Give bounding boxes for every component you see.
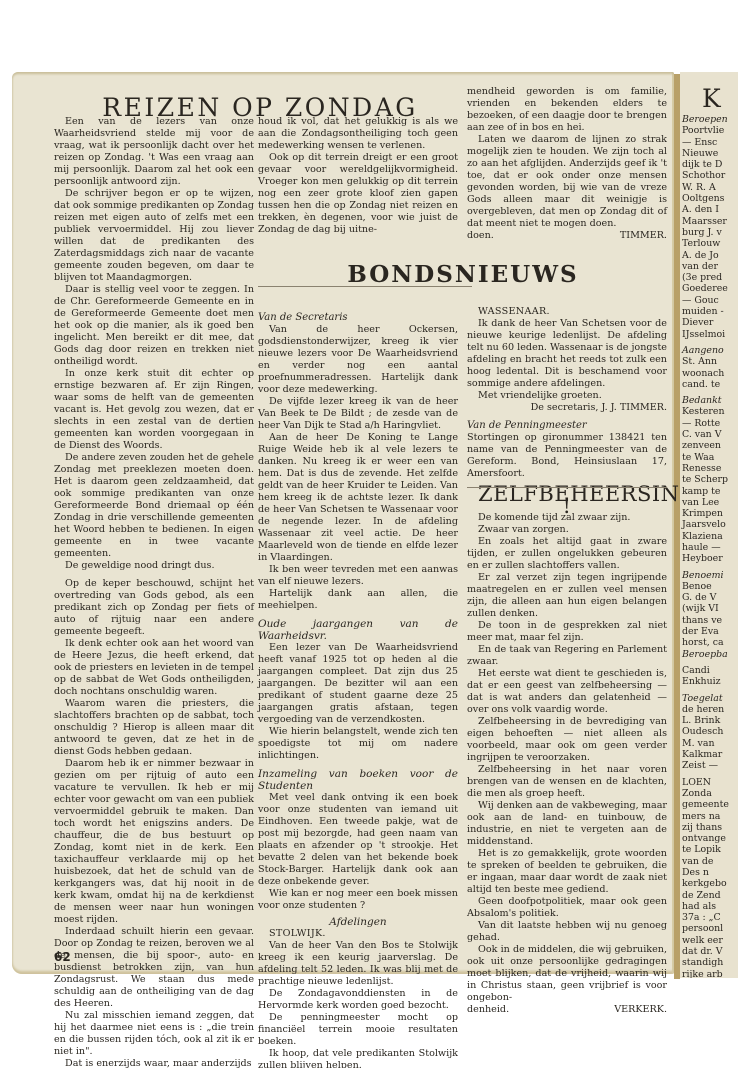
text-line: mers na — [682, 811, 738, 822]
text-line: de Zend — [682, 890, 738, 901]
section-title-bondsnieuws: BONDSNIEUWS — [258, 261, 668, 288]
text-line: IJsselmoi — [682, 329, 738, 340]
text-line: horst, ca — [682, 637, 738, 648]
paragraph: De vijfde lezer kreeg ik van de heer Van… — [258, 396, 458, 432]
text-line: ontvange — [682, 833, 738, 844]
paragraph: Ook op dit terrein dreigt er een groot g… — [258, 152, 458, 236]
secretary-signature: De secretaris, J. J. TIMMER. — [467, 402, 667, 414]
paragraph: En zoals het altijd gaat in zware tijden… — [467, 536, 667, 572]
text-line: Des n — [682, 867, 738, 878]
text-line: Maarsser — [682, 216, 738, 227]
paragraph: Met veel dank ontving ik een boek voor o… — [258, 792, 458, 888]
text-line: kamp te — [682, 486, 738, 497]
article-signature-line: doen. TIMMER. — [467, 230, 667, 242]
subhead-afdelingen: Afdelingen — [258, 916, 458, 928]
text-line: thans ve — [682, 615, 738, 626]
paragraph: De Zondagavonddiensten in de Hervormde k… — [258, 988, 458, 1012]
text-line: burg J. v — [682, 227, 738, 238]
section-divider — [467, 487, 667, 488]
penningmeester-text: Stortingen op gironummer 138421 ten name… — [467, 432, 667, 480]
text-line: (wijk VI — [682, 603, 738, 614]
text-line: Beroepba — [682, 649, 738, 660]
subhead-secretaris: Van de Secretaris — [258, 312, 458, 324]
subhead-oude-jaargangen: Oude jaargangen van de Waarheidsvr. — [258, 618, 458, 642]
text-line: cand. te — [682, 379, 738, 390]
text-line: persoonl — [682, 923, 738, 934]
text-line: Kesteren — [682, 406, 738, 417]
text-line: L. Brink — [682, 715, 738, 726]
article-signature: TIMMER. — [620, 230, 667, 242]
paragraph: Wij denken aan de vakbeweging, maar ook … — [467, 800, 667, 848]
paragraph: Laten we daarom de lijnen zo strak mogel… — [467, 134, 667, 230]
paragraph: Geen doofpotpolitiek, maar ook geen Absa… — [467, 896, 667, 920]
paragraph: En de taak van Regering en Parlement zwa… — [467, 644, 667, 668]
text-line: te Scherp — [682, 474, 738, 485]
text-line: St. Ann — [682, 356, 738, 367]
text-line: Jaarsvelo — [682, 519, 738, 530]
paragraph: Zelfbeheersing in de bevrediging van eig… — [467, 716, 667, 764]
text-line: W. R. A — [682, 182, 738, 193]
text-line: van der — [682, 261, 738, 272]
right-page-fragment: K BeroepenPoortvlie— EnscNieuwedijk te D… — [680, 72, 738, 978]
text-line: Benoemi — [682, 570, 738, 581]
paragraph: Ik denk echter ook aan het woord van de … — [54, 638, 254, 698]
heading-stolwijk: STOLWIJK. — [258, 928, 458, 940]
text-line: Beroepen — [682, 114, 738, 125]
text-line: der Eva — [682, 626, 738, 637]
text-line: Goederee — [682, 283, 738, 294]
text-line: Toegelat — [682, 693, 738, 704]
paragraph: Aan de heer De Koning te Lange Ruige Wei… — [258, 432, 458, 564]
text-line: (3e pred — [682, 272, 738, 283]
text-line: Oudesch — [682, 726, 738, 737]
text-line: Nieuwe — [682, 148, 738, 159]
bondsnieuws-column-right: WASSENAAR. Ik dank de heer Van Schetsen … — [467, 306, 667, 1016]
subhead-inzameling: Inzameling van boeken voor de Studenten — [258, 768, 458, 792]
paragraph: Met vriendelijke groeten. — [467, 390, 667, 402]
paragraph: De andere zeven zouden het de gehele Zon… — [54, 452, 254, 560]
paragraph: Daar is stellig veel voor te zeggen. In … — [54, 284, 254, 368]
text-line: Zonda — [682, 788, 738, 799]
text-line: M. van — [682, 738, 738, 749]
text-line: C. van V — [682, 429, 738, 440]
next-page-title-fragment: K — [682, 84, 738, 114]
paragraph: Nu zal misschien iemand zeggen, dat hij … — [54, 1010, 254, 1058]
text-line: Poortvlie — [682, 125, 738, 136]
paragraph: Het eerste wat dient te geschieden is, d… — [467, 668, 667, 716]
text-line: dat dr. V — [682, 946, 738, 957]
text-line: te Waa — [682, 452, 738, 463]
paragraph: Van dit laatste hebben wij nu genoeg geh… — [467, 920, 667, 944]
section-divider — [258, 286, 472, 287]
paragraph: Hartelijk dank aan allen, die meehielpen… — [258, 588, 458, 612]
text-line: standigh — [682, 957, 738, 968]
article-column-2: houd ik vol, dat het gelukkig is als we … — [258, 116, 458, 236]
heading-wassenaar: WASSENAAR. — [467, 306, 667, 318]
text-line: gemeente — [682, 799, 738, 810]
text-line: Kalkmar — [682, 749, 738, 760]
text-line: zij thans — [682, 822, 738, 833]
text-line: had als — [682, 901, 738, 912]
paragraph: Het is zo gemakkelijk, grote woorden te … — [467, 848, 667, 896]
text-line: 37a : „C — [682, 912, 738, 923]
paragraph: houd ik vol, dat het gelukkig is als we … — [258, 116, 458, 152]
text-line: Enkhuiz — [682, 676, 738, 687]
text-line: de heren — [682, 704, 738, 715]
subhead-penningmeester: Van de Penningmeester — [467, 420, 667, 432]
paragraph: De penningmeester mocht op financiëel te… — [258, 1012, 458, 1048]
paragraph: Wie kan er nog meer een boek missen voor… — [258, 888, 458, 912]
paragraph: Daarom heb ik er nimmer bezwaar in gezie… — [54, 758, 254, 926]
paragraph: Op de keper beschouwd, schijnt het overt… — [54, 578, 254, 638]
text-line: A. de Jo — [682, 250, 738, 261]
text-line: Diever — [682, 317, 738, 328]
article-signature-line: denheid. VERKERK. — [467, 1004, 667, 1016]
text-line: LOEN — [682, 777, 738, 788]
paragraph: Er zal verzet zijn tegen ingrijpende maa… — [467, 572, 667, 620]
paragraph: In onze kerk stuit dit echter op ernstig… — [54, 368, 254, 452]
article-column-3: mendheid geworden is om familie, vriende… — [467, 86, 667, 242]
text-line: Krimpen — [682, 508, 738, 519]
text-line: Candi — [682, 665, 738, 676]
text-line: Zeist — — [682, 760, 738, 771]
text-line: Klaziena — [682, 531, 738, 542]
paragraph: Zelfbeheersing in het naar voren brengen… — [467, 764, 667, 800]
paragraph: Ik hoop, dat vele predikanten Stolwijk z… — [258, 1048, 458, 1068]
text-line: te Lopik — [682, 844, 738, 855]
article-title-zelfbeheersing: ZELFBEHEERSING ! — [467, 488, 667, 512]
paragraph: Wie hierin belangstelt, wende zich ten s… — [258, 726, 458, 762]
paragraph: De geweldige nood dringt dus. — [54, 560, 254, 572]
text-line: muiden - — [682, 306, 738, 317]
text-line: A. den I — [682, 204, 738, 215]
text-line: — Ensc — [682, 137, 738, 148]
text-line: Schothor — [682, 170, 738, 181]
paragraph: Ook in de middelen, die wij gebruiken, o… — [467, 944, 667, 1004]
paragraph: Ik dank de heer Van Schetsen voor de nie… — [467, 318, 667, 390]
text-line: van de — [682, 856, 738, 867]
text-line: kerkgebo — [682, 878, 738, 889]
text-line: — Gouc — [682, 295, 738, 306]
text-line: Heyboer — [682, 553, 738, 564]
paragraph: Zwaar van zorgen. — [467, 524, 667, 536]
text-line: — Rotte — [682, 418, 738, 429]
text-line: van Lee — [682, 497, 738, 508]
text-line: G. de V — [682, 592, 738, 603]
page-number: 62 — [54, 950, 71, 964]
signature-lead: doen. — [467, 230, 494, 242]
text-line: dijk te D — [682, 159, 738, 170]
bondsnieuws-column-left: Van de Secretaris Van de heer Ockersen, … — [258, 306, 458, 1068]
paragraph: Ik ben weer tevreden met een aanwas van … — [258, 564, 458, 588]
paragraph: Een van de lezers van onze Waarheidsvrie… — [54, 116, 254, 188]
text-line: Terlouw — [682, 238, 738, 249]
text-line: Bedankt — [682, 395, 738, 406]
text-line: haule — — [682, 542, 738, 553]
article-signature: VERKERK. — [614, 1004, 667, 1016]
signature-lead: denheid. — [467, 1004, 509, 1016]
paragraph: Dat is enerzijds waar, maar anderzijds — [54, 1058, 254, 1068]
text-line: Benoe — [682, 581, 738, 592]
paragraph: Van de heer Ockersen, godsdienstonderwij… — [258, 324, 458, 396]
text-line: rijke arb — [682, 969, 738, 978]
paragraph: Een lezer van De Waarheidsvriend heeft v… — [258, 642, 458, 726]
paragraph: mendheid geworden is om familie, vriende… — [467, 86, 667, 134]
text-line: zenveen — [682, 440, 738, 451]
text-line: welk eer — [682, 935, 738, 946]
paragraph: De komende tijd zal zwaar zijn. — [467, 512, 667, 524]
paragraph: De toon in de gesprekken zal niet meer m… — [467, 620, 667, 644]
paragraph: De schrijver begon er op te wijzen, dat … — [54, 188, 254, 284]
paragraph: Inderdaad schuilt hierin een gevaar. Doo… — [54, 926, 254, 1010]
text-line: Ooltgens — [682, 193, 738, 204]
article-column-1: Een van de lezers van onze Waarheidsvrie… — [54, 116, 254, 1068]
text-line: woonach — [682, 368, 738, 379]
paragraph: Waarom waren die priesters, die slachtof… — [54, 698, 254, 758]
text-line: Aangeno — [682, 345, 738, 356]
text-line: Renesse — [682, 463, 738, 474]
paragraph: Van de heer Van den Bos te Stolwijk kree… — [258, 940, 458, 988]
